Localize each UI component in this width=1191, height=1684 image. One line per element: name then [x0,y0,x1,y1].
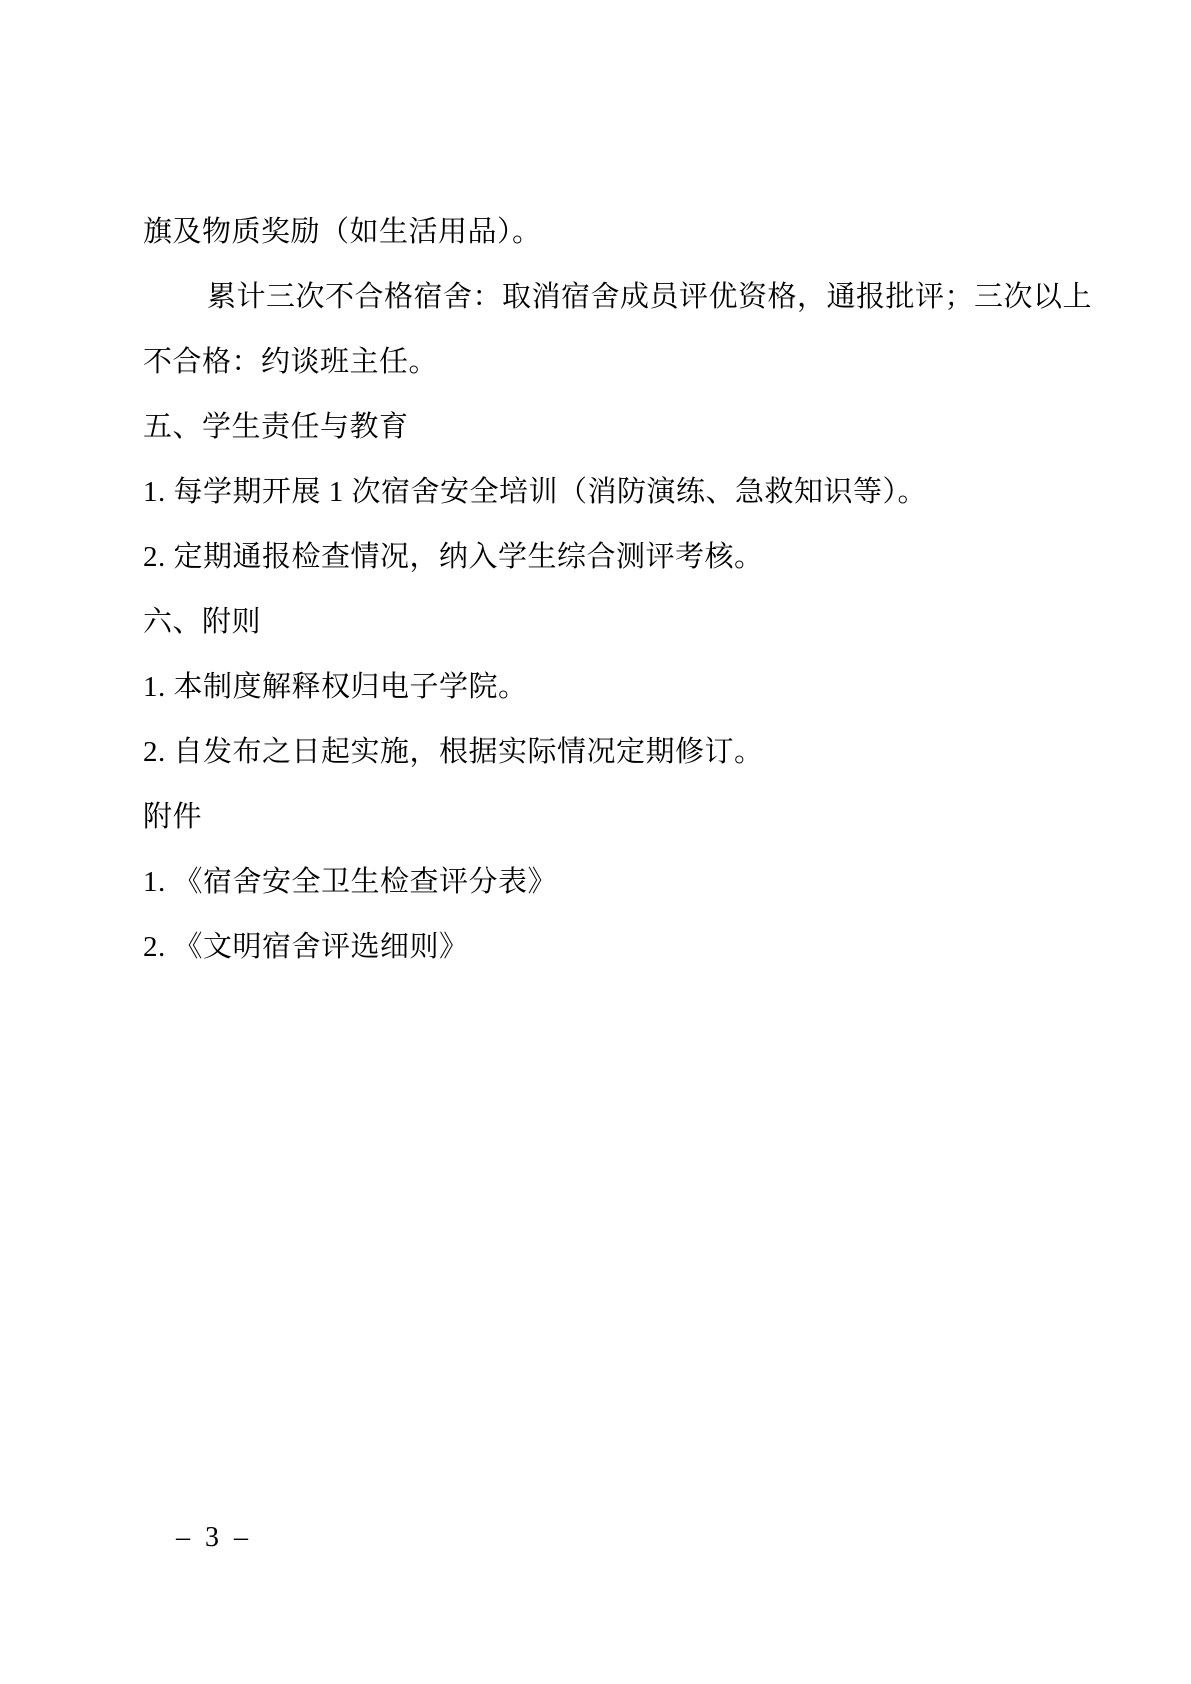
document-page: 旗及物质奖励（如生活用品）。 累计三次不合格宿舍：取消宿舍成员评优资格，通报批评… [0,0,1191,1684]
list-item-effective-date: 2. 自发布之日起实施，根据实际情况定期修订。 [143,720,1053,785]
attachment-item-2: 2. 《文明宿舍评选细则》 [143,915,1053,980]
paragraph-penalty-line-2: 不合格：约谈班主任。 [143,330,1053,395]
heading-section-six: 六、附则 [143,590,1053,655]
heading-section-five: 五、学生责任与教育 [143,395,1053,460]
list-item-interpretation-right: 1. 本制度解释权归电子学院。 [143,655,1053,720]
page-number: – 3 – [176,1522,248,1554]
document-body: 旗及物质奖励（如生活用品）。 累计三次不合格宿舍：取消宿舍成员评优资格，通报批评… [143,200,1053,980]
paragraph-penalty-line-1: 累计三次不合格宿舍：取消宿舍成员评优资格，通报批评；三次以上 [143,265,1053,330]
attachment-item-1: 1. 《宿舍安全卫生检查评分表》 [143,850,1053,915]
list-item-inspection-report: 2. 定期通报检查情况，纳入学生综合测评考核。 [143,525,1053,590]
attachments-label: 附件 [143,785,1053,850]
paragraph-continuation-line: 旗及物质奖励（如生活用品）。 [143,200,1053,265]
list-item-safety-training: 1. 每学期开展 1 次宿舍安全培训（消防演练、急救知识等）。 [143,460,1053,525]
